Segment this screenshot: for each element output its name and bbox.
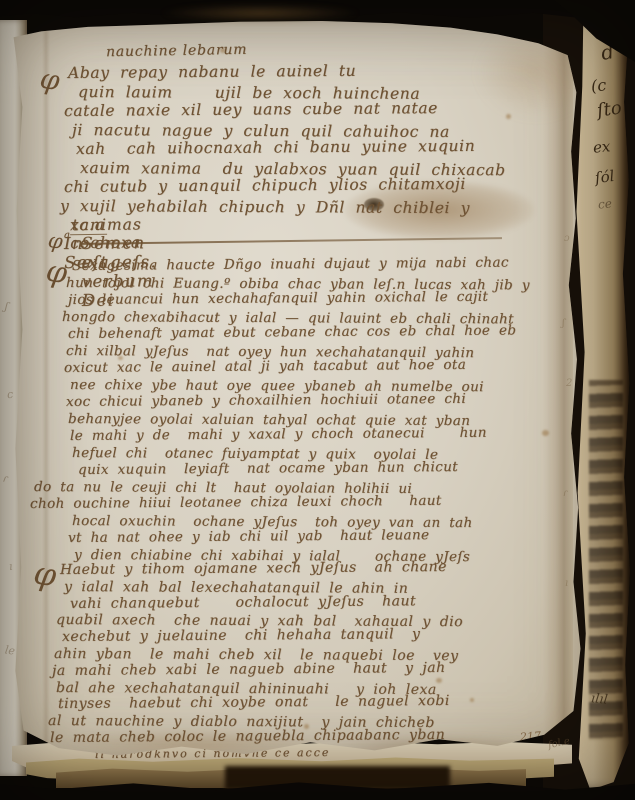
manuscript-line: quix xuquin leyiaft nat ocame yban hun c… bbox=[78, 458, 566, 479]
manuscript-line: Sexagesima haucte Dñgo inuahi dujaut y m… bbox=[72, 254, 566, 275]
manuscript-line: chi behenaft yamat ebut cebane chac cos … bbox=[68, 322, 566, 343]
sermon-paragraph: Sexagesima haucte Dñgo inuahi dujaut y m… bbox=[56, 258, 566, 564]
manuscript-line: le mahi y de mahi y xaxal y choch otanec… bbox=[70, 424, 566, 445]
closing-line: xanimas cochoxa tc.a bbox=[70, 216, 107, 235]
paragraph-mark: φ bbox=[46, 230, 64, 253]
manuscript-line: jios leuancui hun xechahafanquil yahin o… bbox=[68, 288, 566, 309]
opening-paragraph: Abay repay nabanu le auinel tu quin laui… bbox=[56, 64, 556, 216]
margin-fragment: (c bbox=[590, 75, 607, 95]
heading-superscript: a bbox=[64, 229, 71, 240]
manuscript-line: oxicut xac le auinel atal ji yah tacabut… bbox=[64, 356, 566, 377]
top-border-smudge bbox=[160, 4, 360, 22]
edge-mark: ɔ bbox=[564, 233, 570, 244]
manuscript-line: xechebut y juelauine chi hehaha tanquil … bbox=[62, 625, 562, 646]
manuscript-line: chi cutub y uanquil chipuch ylios chitam… bbox=[64, 174, 556, 197]
edge-mark: 2 bbox=[566, 378, 572, 389]
edge-mark: ɾ bbox=[563, 488, 568, 499]
manuscript-page: nauchine lebarum φ Abay repay nabanu le … bbox=[6, 18, 591, 760]
manuscript-line: tinyses haebut chi xoybe onat le naguel … bbox=[58, 692, 562, 713]
manuscript-line: vahi chanquebut ochalocut yJeſus haut bbox=[70, 592, 562, 613]
bleedthrough-mark: c bbox=[6, 388, 14, 402]
manuscript-photo: d (c ſto ex ſól ce ılıl ʃ c ɾ ı le il na… bbox=[0, 0, 635, 800]
margin-fragment: ſól bbox=[594, 167, 615, 187]
manuscript-line: vt ha nat ohee y iab chi uil yab haut le… bbox=[68, 526, 566, 547]
manuscript-line: xoc chicui ybaneb y choxailhien hochiuii… bbox=[66, 390, 566, 411]
bleedthrough-mark: le bbox=[4, 643, 16, 657]
bleedthrough-mark: ɾ bbox=[2, 472, 9, 486]
edge-mark: ʃ bbox=[562, 318, 565, 329]
fore-edge-mottling bbox=[589, 380, 623, 740]
margin-fragment: ce bbox=[597, 196, 612, 211]
manuscript-line: catale naxie xil uey uans cube nat natae bbox=[64, 98, 556, 121]
header-note: nauchine lebarum bbox=[106, 42, 248, 60]
margin-fragment: ılıl bbox=[590, 691, 608, 708]
exhortation-paragraph: Haebut y tihom ojamane xech yJeſus ah ch… bbox=[52, 562, 562, 747]
manuscript-line: xah cah uihocnaxah chi banu yuine xuquin bbox=[76, 136, 556, 159]
edge-mark: ı bbox=[565, 578, 568, 589]
manuscript-line: ja mahi cheb xabi le nagueb abine haut y… bbox=[52, 659, 562, 680]
manuscript-line: Abay repay nabanu le auinel tu bbox=[68, 60, 556, 83]
bleedthrough-mark: ʃ bbox=[4, 300, 10, 313]
margin-fragment: ſto bbox=[596, 97, 623, 121]
manuscript-line: Haebut y tihom ojamane xech yJeſus ah ch… bbox=[60, 558, 562, 579]
manuscript-line: le mata cheb coloc le naguebla chipaaban… bbox=[50, 726, 562, 747]
bleedthrough-mark: ı bbox=[8, 560, 13, 573]
margin-fragment: ex bbox=[592, 137, 611, 156]
folio-number: 217 bbox=[520, 729, 542, 743]
manuscript-line: choh ouchine hiiui leotanee chiza leuxi … bbox=[30, 492, 566, 513]
closing-abbreviation: tc.a bbox=[70, 216, 107, 235]
section-heading: In Sexageſs.a Semen eſt verbum Dei bbox=[64, 234, 72, 253]
left-crease bbox=[42, 18, 50, 760]
